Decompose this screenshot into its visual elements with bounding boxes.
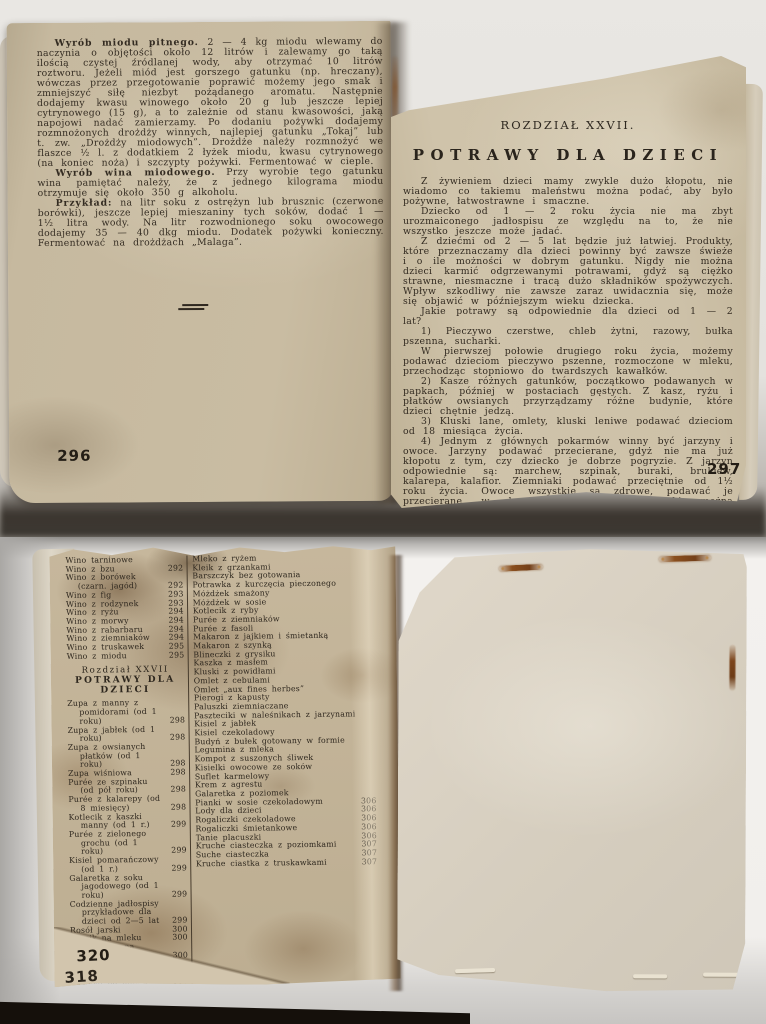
staple-impression bbox=[633, 974, 667, 978]
section-divider bbox=[178, 304, 208, 311]
page-297-text: ROZDZIAŁ XXVII. POTRAWY DLA DZIECI Z żyw… bbox=[403, 118, 733, 517]
index-chapter-title: POTRAWY DLA DZIECI bbox=[63, 675, 188, 697]
page-296-text: Wyrób miodu pitnego. 2 — 4 kg miodu wlew… bbox=[37, 37, 384, 249]
index-entry-label: Codzienne jadłospisy przykładowe dla dzi… bbox=[66, 899, 164, 926]
rust-streak bbox=[729, 645, 735, 691]
paragraph: Jakie potrawy są odpowiednie dla dzieci … bbox=[403, 307, 733, 327]
index-row: Kotlecik z kaszki manny (od 1 r.)299 bbox=[65, 812, 190, 831]
index-row: Zupa z owsianych płatków (od 1 roku)298 bbox=[64, 742, 189, 770]
index-entry-page: 298 bbox=[162, 769, 189, 778]
photo-open-book-index: PFIS( Wino tarninowe Wino z bzu292 Wino … bbox=[0, 537, 766, 1024]
index-entry-page: 292 bbox=[159, 564, 186, 573]
index-page: PFIS( Wino tarninowe Wino z bzu292 Wino … bbox=[49, 543, 400, 987]
index-row: Zupa z jabłek (od 1 roku)298 bbox=[64, 725, 189, 744]
wine-entries: Wino tarninowe Wino z bzu292 Wino z boró… bbox=[61, 555, 187, 661]
index-row: Purée z kalarepy (od 8 miesięcy)298 bbox=[64, 795, 189, 814]
page-number-318: 318 bbox=[64, 967, 99, 987]
rusty-staple-mark bbox=[659, 555, 711, 563]
rusty-staple-mark bbox=[499, 564, 543, 572]
index-left-column: Wino tarninowe Wino z bzu292 Wino z boró… bbox=[61, 555, 191, 987]
index-entry-label: Purée z kalarepy (od 8 miesięcy) bbox=[64, 795, 162, 814]
paragraph-text: Jakie potrawy są odpowiednie dla dzieci … bbox=[403, 306, 733, 327]
paragraph-text: 2 — 4 kg miodu wlewamy do naczynia o obj… bbox=[37, 36, 384, 169]
paragraph-text: Dziecko od 1 — 2 roku życia nie ma zbyt … bbox=[403, 206, 733, 237]
index-row: Kruche ciastka z truskawkami307 bbox=[196, 858, 377, 869]
paragraph: 3) Kluski lane, omlety, kluski leniwe po… bbox=[403, 417, 733, 437]
paragraph-text: 3) Kluski lane, omlety, kluski leniwe po… bbox=[403, 416, 733, 437]
book-photo-collage: Wyrób miodu pitnego. 2 — 4 kg miodu wlew… bbox=[0, 0, 766, 1024]
chapter-label: ROZDZIAŁ XXVII. bbox=[403, 118, 733, 132]
index-row: Galaretka z soku jagodowego (od 1 roku)2… bbox=[65, 873, 190, 901]
index-row: Codzienne jadłospisy przykładowe dla dzi… bbox=[66, 899, 191, 927]
index-entry-label: Zupa z manny z pomidorami (od 1 roku) bbox=[63, 699, 161, 726]
index-entry-label: Kisiel pomarańczowy (od 1 r.) bbox=[65, 856, 163, 875]
paragraph: Dziecko od 1 — 2 roku życia nie ma zbyt … bbox=[403, 207, 733, 237]
paragraph-text: 2) Kasze różnych gatunków, początkowo po… bbox=[403, 376, 733, 417]
index-entry-label: Zupa z jabłek (od 1 roku) bbox=[64, 725, 162, 744]
index-row: Purée ze szpinaku (od pół roku)298 bbox=[64, 777, 189, 796]
staple-impression bbox=[455, 968, 495, 973]
index-row: Purée z zielonego grochu (od 1 roku)299 bbox=[65, 829, 190, 857]
paragraph: Z żywieniem dzieci mamy zwykle dużo kłop… bbox=[403, 177, 733, 207]
page-297: ROZDZIAŁ XXVII. POTRAWY DLA DZIECI Z żyw… bbox=[391, 56, 746, 508]
index-entry-page: 295 bbox=[160, 651, 187, 660]
index-entry-page: 299 bbox=[163, 890, 190, 899]
index-entry-label: Wino z borówek (czarn. jagód) bbox=[62, 573, 160, 592]
index-entry-label: Zupa z owsianych płatków (od 1 roku) bbox=[64, 743, 162, 770]
index-row: Zupa z manny z pomidorami (od 1 roku)298 bbox=[63, 699, 188, 727]
page-296: Wyrób miodu pitnego. 2 — 4 kg miodu wlew… bbox=[7, 21, 394, 503]
page-number-297: 297 bbox=[707, 460, 741, 478]
dark-table-edge bbox=[0, 997, 470, 1024]
paragraph: Wyrób wina miodowego. Przy wyrobie tego … bbox=[37, 167, 383, 199]
index-entry-page: 298 bbox=[161, 734, 188, 743]
index-row: Kisiel pomarańczowy (od 1 r.)299 bbox=[65, 856, 190, 875]
chapter-title: POTRAWY DLA DZIECI bbox=[403, 146, 733, 164]
index-entry-page: 299 bbox=[162, 821, 189, 830]
index-section-heading: Rozdział XXVII POTRAWY DLA DZIECI bbox=[63, 665, 188, 697]
index-entry-label: Purée z zielonego grochu (od 1 roku) bbox=[65, 830, 163, 857]
paragraph: W pierwszej połowie drugiego roku życia,… bbox=[403, 347, 733, 377]
blank-page bbox=[397, 548, 747, 992]
paragraph-text: Z dziećmi od 2 — 5 lat będzie już łatwie… bbox=[403, 236, 733, 307]
index-entry-page: 298 bbox=[162, 786, 189, 795]
paragraph: 1) Pieczywo czerstwe, chleb żytni, razow… bbox=[403, 327, 733, 347]
index-entry-page: 298 bbox=[162, 803, 189, 812]
section-divider bbox=[170, 994, 196, 1000]
page-number-320: 320 bbox=[76, 946, 111, 966]
paragraph-text: Z żywieniem dzieci mamy zwykle dużo kłop… bbox=[403, 176, 733, 207]
paragraph: Z dziećmi od 2 — 5 lat będzie już łatwie… bbox=[403, 237, 733, 307]
index-entry-label: Galaretka z soku jagodowego (od 1 roku) bbox=[65, 873, 163, 900]
staple-impression bbox=[703, 973, 743, 977]
paragraph: Przykład: na litr soku z ostrężyn lub br… bbox=[38, 197, 384, 249]
paragraph-text: W pierwszej połowie drugiego roku życia,… bbox=[403, 346, 733, 377]
index-entry-page: 299 bbox=[163, 864, 190, 873]
page-number-296: 296 bbox=[57, 447, 91, 465]
paragraph: Wyrób miodu pitnego. 2 — 4 kg miodu wlew… bbox=[37, 37, 384, 169]
index-entry-page: 298 bbox=[161, 716, 188, 725]
index-entry-label: Wino z miodu bbox=[63, 652, 161, 662]
paragraph: 2) Kasze różnych gatunków, początkowo po… bbox=[403, 377, 733, 417]
index-entry-page: 299 bbox=[163, 847, 190, 856]
paragraph-text: 1) Pieczywo czerstwe, chleb żytni, razow… bbox=[403, 326, 733, 347]
chapter-paragraphs: Z żywieniem dzieci mamy zwykle dużo kłop… bbox=[403, 177, 733, 517]
photo-open-book-296-297: Wyrób miodu pitnego. 2 — 4 kg miodu wlew… bbox=[0, 0, 766, 537]
index-row: Wino z miodu295 bbox=[63, 651, 188, 661]
index-entry-label: Kotlecik z kaszki manny (od 1 r.) bbox=[65, 812, 163, 831]
index-entry-label: Kruche ciastka z truskawkami bbox=[196, 858, 357, 869]
